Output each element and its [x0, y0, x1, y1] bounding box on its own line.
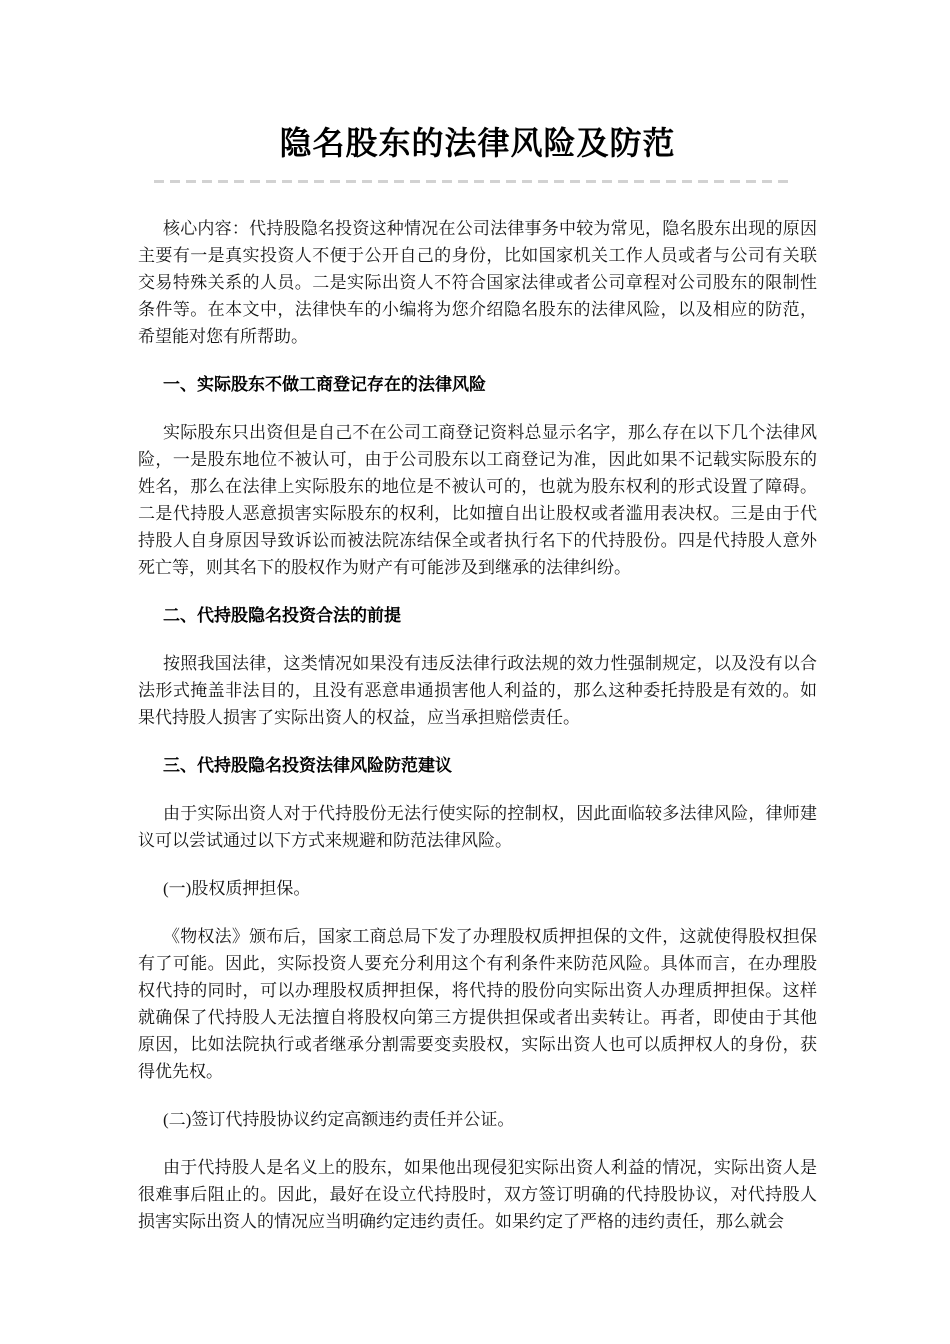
paragraph-item-1-pledge-detail: 《物权法》颁布后，国家工商总局下发了办理股权质押担保的文件，这就使得股权担保有了… [138, 923, 817, 1085]
subheading-item-2-agreement-notarization: (二)签订代持股协议约定高额违约责任并公证。 [138, 1106, 817, 1133]
title-separator [154, 180, 789, 183]
paragraph-section-2-legality: 按照我国法律，这类情况如果没有违反法律行政法规的效力性强制规定，以及没有以合法形… [138, 650, 817, 731]
subheading-item-1-pledge-guarantee: (一)股权质押担保。 [138, 875, 817, 902]
document-page: 隐名股东的法律风险及防范 核心内容：代持股隐名投资这种情况在公司法律事务中较为常… [0, 0, 950, 1344]
document-title: 隐名股东的法律风险及防范 [138, 118, 817, 168]
paragraph-core-content: 核心内容：代持股隐名投资这种情况在公司法律事务中较为常见，隐名股东出现的原因主要… [138, 215, 817, 350]
heading-section-1: 一、实际股东不做工商登记存在的法律风险 [138, 371, 817, 398]
paragraph-section-1-risks: 实际股东只出资但是自己不在公司工商登记资料总显示名字，那么存在以下几个法律风险，… [138, 419, 817, 581]
heading-section-3: 三、代持股隐名投资法律风险防范建议 [138, 752, 817, 779]
heading-section-2: 二、代持股隐名投资合法的前提 [138, 602, 817, 629]
paragraph-item-2-agreement-detail: 由于代持股人是名义上的股东，如果他出现侵犯实际出资人利益的情况，实际出资人是很难… [138, 1154, 817, 1235]
paragraph-section-3-intro: 由于实际出资人对于代持股份无法行使实际的控制权，因此面临较多法律风险，律师建议可… [138, 800, 817, 854]
